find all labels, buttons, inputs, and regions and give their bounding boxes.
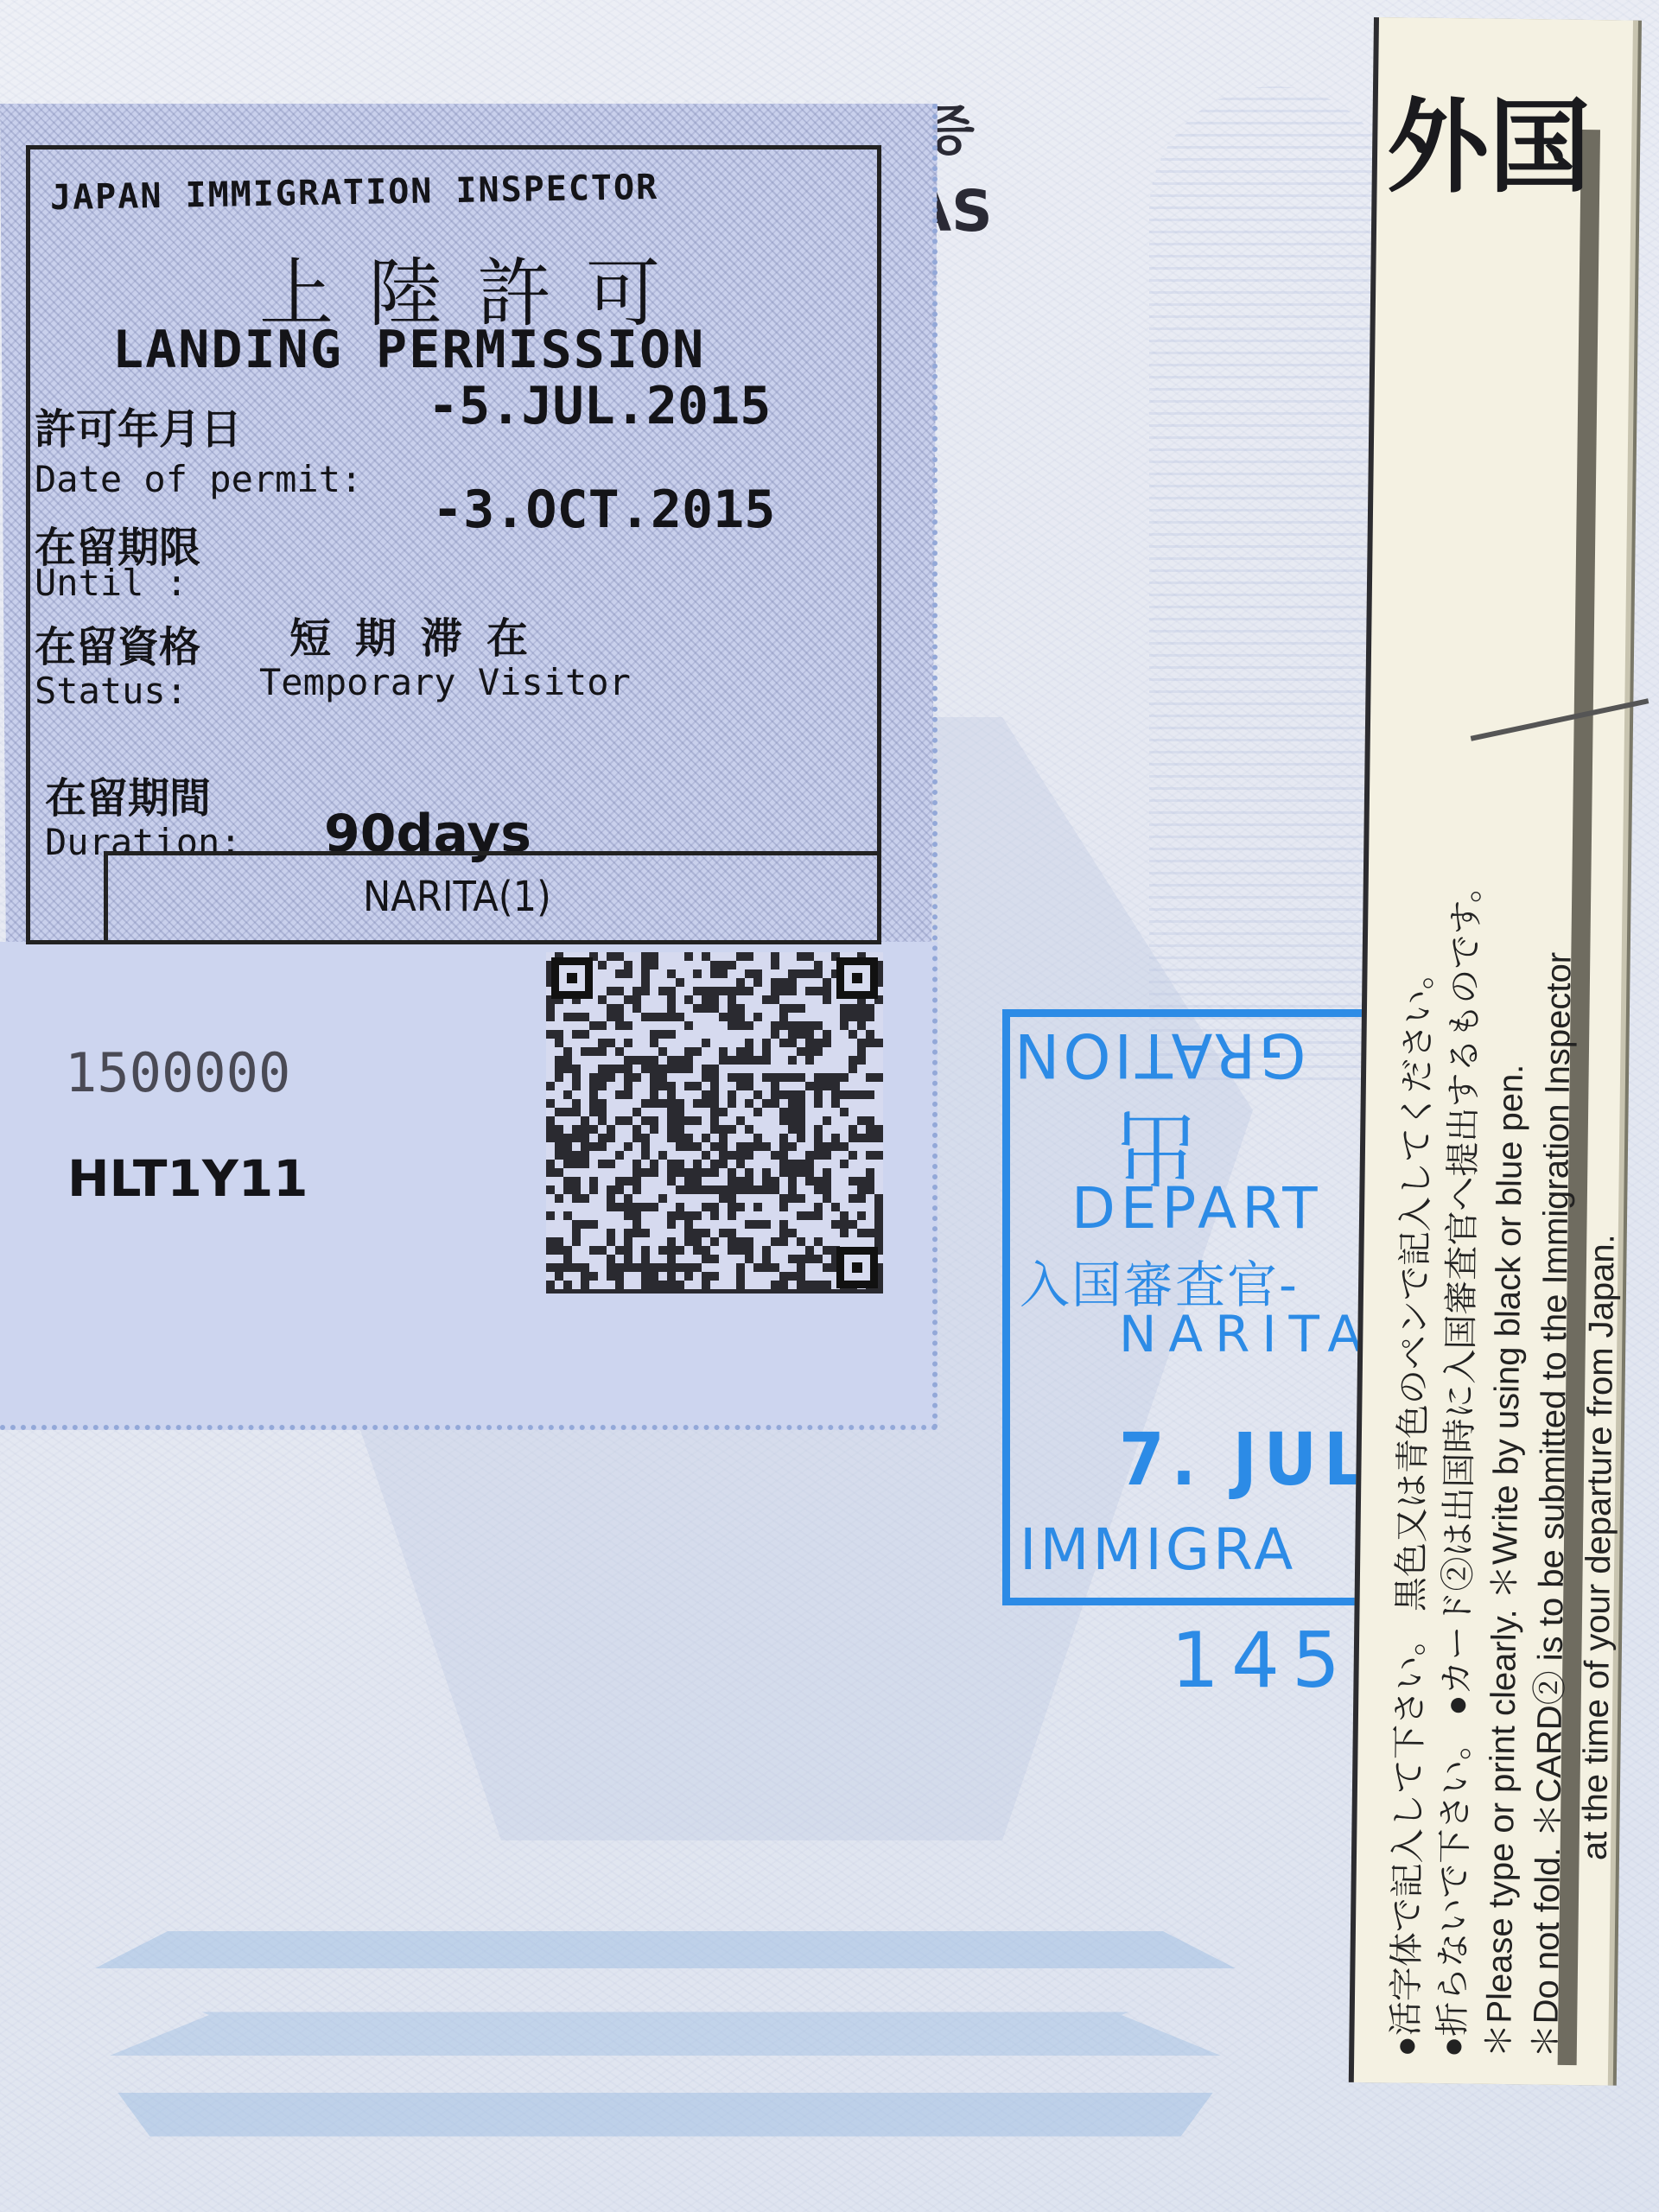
permit-code: HLT1Y11 [67, 1149, 308, 1208]
qr-finder-top-left [551, 957, 593, 999]
stamp-type: DEPART [1071, 1175, 1323, 1242]
stamp-top-text: GRATION [1011, 1020, 1306, 1090]
duration-label-jp: 在留期間 [45, 765, 211, 824]
until-label-en: Until : [35, 562, 188, 604]
qr-finder-top-right [836, 957, 878, 999]
serial-number: 1500000 [65, 1041, 290, 1104]
until-value: -3.OCT.2015 [432, 480, 775, 540]
qr-code-modules [546, 952, 883, 1289]
stamp-number: 145 [1171, 1616, 1352, 1705]
status-value-jp: 短期滞在 [289, 605, 552, 664]
port-of-entry: NARITA(1) [363, 873, 551, 921]
palace-watermark [95, 1875, 1236, 2186]
stamp-bottom-text: IMMIGRA [1020, 1516, 1296, 1583]
status-label-jp: 在留資格 [35, 613, 200, 673]
status-label-en: Status: [35, 670, 188, 712]
card-header: 外国 [1387, 65, 1591, 212]
date-of-permit-value: -5.JUL.2015 [428, 376, 771, 436]
date-of-permit-label-jp: 許可年月日 [35, 396, 242, 455]
qr-code [546, 952, 883, 1294]
title-en: LANDING PERMISSION [112, 320, 705, 380]
status-value-en: Temporary Visitor [259, 661, 631, 703]
stamp-airport: NARITA [1119, 1305, 1374, 1363]
date-of-permit-label-en: Date of permit: [35, 458, 362, 500]
card-instructions: ●活字体で記入して下さい。 黒色又は青色のペンで記入してください。 ●折らないで… [1382, 285, 1637, 2059]
qr-finder-bottom-right [836, 1247, 878, 1288]
